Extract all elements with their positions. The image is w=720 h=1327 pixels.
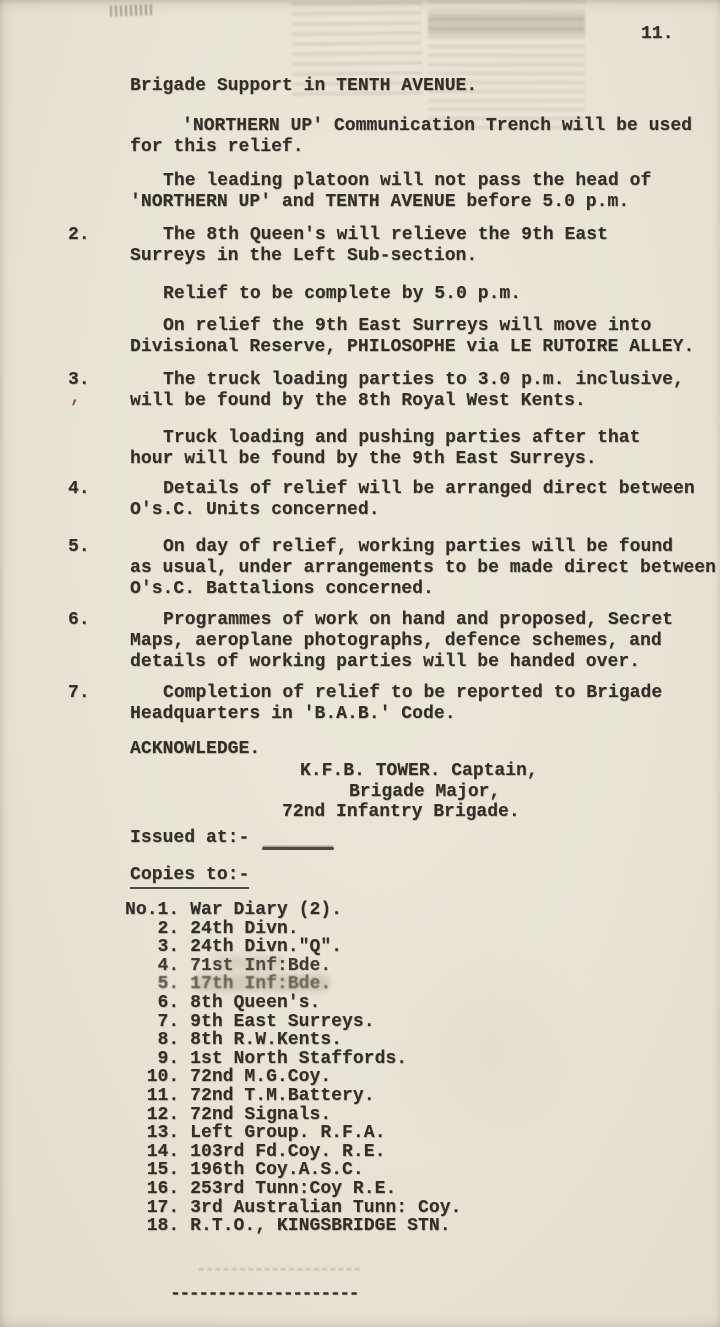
paragraph-line: On day of relief, working parties will b… <box>130 537 716 558</box>
paragraph-line: O's.C. Units concerned. <box>130 500 695 521</box>
paragraph-line: Truck loading and pushing parties after … <box>130 428 640 449</box>
distribution-item: 8. 8th R.W.Kents. <box>125 1031 461 1050</box>
paragraph-line: ACKNOWLEDGE. <box>130 739 260 760</box>
issued-at-row: Issued at:- <box>130 828 249 849</box>
distribution-item: 6. 8th Queen's. <box>125 994 461 1013</box>
distribution-item: 11. 72nd T.M.Battery. <box>125 1087 461 1106</box>
distribution-item: 13. Left Group. R.F.A. <box>125 1124 461 1143</box>
paragraph-line: Divisional Reserve, PHILOSOPHE via LE RU… <box>130 337 694 358</box>
section-number-5: 5. <box>68 537 90 558</box>
section-number-7: 7. <box>68 683 90 704</box>
paragraph-section-6: Programmes of work on hand and proposed,… <box>130 610 673 673</box>
paragraph-on-relief: On relief the 9th East Surreys will move… <box>130 316 694 358</box>
distribution-item: 9. 1st North Staffords. <box>125 1050 461 1069</box>
copies-to-label: Copies to:- <box>130 865 249 886</box>
stray-ink-mark: , <box>70 388 81 409</box>
acknowledge-label: ACKNOWLEDGE. <box>130 739 260 760</box>
issued-at-blank-line <box>262 847 334 850</box>
section-number-2: 2. <box>68 225 90 246</box>
paragraph-leading-platoon: The leading platoon will not pass the he… <box>130 171 651 213</box>
paragraph-line: O's.C. Battalions concerned. <box>130 579 716 600</box>
paragraph-section-5: On day of relief, working parties will b… <box>130 537 716 600</box>
distribution-item: No.1. War Diary (2). <box>125 901 461 920</box>
paragraph-truck-loading: Truck loading and pushing parties after … <box>130 428 640 470</box>
paragraph-line: for this relief. <box>130 137 692 158</box>
footer-dashed-rule-ghost: -------------------- <box>196 1260 360 1281</box>
signature-title: Brigade Major, <box>349 782 500 803</box>
copies-to-label-text: Copies to:- <box>130 865 249 889</box>
scanned-document: { "page": { "number": "11." }, "paragrap… <box>0 0 720 1327</box>
distribution-list: No.1. War Diary (2). 2. 24th Divn. 3. 24… <box>125 901 461 1236</box>
distribution-item: 18. R.T.O., KINGSBRIDGE STN. <box>125 1217 461 1236</box>
paragraph-section-2: The 8th Queen's will relieve the 9th Eas… <box>130 225 608 267</box>
paragraph-line: as usual, under arrangements to be made … <box>130 558 716 579</box>
distribution-item: 7. 9th East Surreys. <box>125 1013 461 1032</box>
paragraph-line: Surreys in the Left Sub-section. <box>130 246 608 267</box>
copies-to-row: Copies to:- <box>130 865 249 886</box>
distribution-item: 15. 196th Coy.A.S.C. <box>125 1161 461 1180</box>
paragraph-northern-up: 'NORTHERN UP' Communication Trench will … <box>130 116 692 158</box>
distribution-item: 10. 72nd M.G.Coy. <box>125 1068 461 1087</box>
section-number-4: 4. <box>68 479 90 500</box>
page-number: 11. <box>641 24 673 45</box>
section-number-6: 6. <box>68 610 90 631</box>
paragraph-line: will be found by the 8th Royal West Kent… <box>130 391 684 412</box>
paragraph-line: Headquarters in 'B.A.B.' Code. <box>130 704 662 725</box>
paragraph-line: The 8th Queen's will relieve the 9th Eas… <box>130 225 608 246</box>
paragraph-line: Completion of relief to be reported to B… <box>130 683 662 704</box>
paragraph-line: 'NORTHERN UP' Communication Trench will … <box>130 116 692 137</box>
paragraph-section-7: Completion of relief to be reported to B… <box>130 683 662 725</box>
paragraph-line: Maps, aeroplane photographs, defence sch… <box>130 631 673 652</box>
paragraph-line: hour will be found by the 9th East Surre… <box>130 449 640 470</box>
paragraph-line: 'NORTHERN UP' and TENTH AVENUE before 5.… <box>130 192 651 213</box>
distribution-item: 5. 17th Inf:Bde. <box>125 975 461 994</box>
paragraph-line: Brigade Support in TENTH AVENUE. <box>130 76 477 97</box>
distribution-item: 14. 103rd Fd.Coy. R.E. <box>125 1143 461 1162</box>
paragraph-line: details of working parties will be hande… <box>130 652 673 673</box>
paragraph-line: The leading platoon will not pass the he… <box>130 171 651 192</box>
distribution-item: 4. 71st Inf:Bde. <box>125 957 461 976</box>
distribution-item: 12. 72nd Signals. <box>125 1106 461 1125</box>
paragraph-line: Relief to be complete by 5.0 p.m. <box>130 284 521 305</box>
footer-dashed-rule: -------------------- <box>170 1284 358 1305</box>
signature-unit: 72nd Infantry Brigade. <box>282 802 520 823</box>
distribution-item: 2. 24th Divn. <box>125 920 461 939</box>
paragraph-relief-complete: Relief to be complete by 5.0 p.m. <box>130 284 521 305</box>
distribution-item: 3. 24th Divn."Q". <box>125 938 461 957</box>
paragraph-section-4: Details of relief will be arranged direc… <box>130 479 695 521</box>
paragraph-line: The truck loading parties to 3.0 p.m. in… <box>130 370 684 391</box>
distribution-item: 16. 253rd Tunn:Coy R.E. <box>125 1180 461 1199</box>
paragraph-section-3: The truck loading parties to 3.0 p.m. in… <box>130 370 684 412</box>
paragraph-line: Programmes of work on hand and proposed,… <box>130 610 673 631</box>
distribution-item: 17. 3rd Australian Tunn: Coy. <box>125 1199 461 1218</box>
document-body: 11. Brigade Support in TENTH AVENUE. 'NO… <box>0 0 720 1327</box>
paragraph-brigade-support: Brigade Support in TENTH AVENUE. <box>130 76 477 97</box>
signature-name: K.F.B. TOWER. Captain, <box>300 761 538 782</box>
issued-at-label: Issued at:- <box>130 828 249 849</box>
paragraph-line: Details of relief will be arranged direc… <box>130 479 695 500</box>
paragraph-line: On relief the 9th East Surreys will move… <box>130 316 694 337</box>
